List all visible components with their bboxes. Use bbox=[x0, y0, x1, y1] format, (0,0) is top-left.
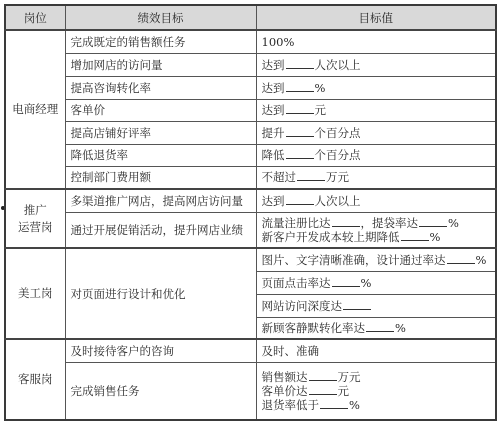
header-performance-goal: 绩效目标 bbox=[65, 5, 256, 30]
table-row: 提高咨询转化率 达到% bbox=[5, 76, 496, 99]
role-ecommerce-manager: 电商经理 bbox=[5, 30, 65, 189]
goal-cell: 控制部门费用额 bbox=[65, 166, 256, 189]
target-cell: 销售额达万元 客单价达元 退货率低于% bbox=[256, 362, 496, 420]
fill-blank[interactable] bbox=[286, 103, 314, 114]
fill-blank[interactable] bbox=[309, 384, 337, 395]
goal-cell: 完成既定的销售额任务 bbox=[65, 30, 256, 53]
fill-blank[interactable] bbox=[447, 253, 475, 264]
fill-blank[interactable] bbox=[332, 276, 360, 287]
fill-blank[interactable] bbox=[297, 170, 325, 181]
performance-goals-table: 岗位 绩效目标 目标值 电商经理 完成既定的销售额任务 100% 增加网店的访问… bbox=[4, 4, 497, 421]
target-line: 新客户开发成本较上期降低% bbox=[262, 230, 496, 244]
target-cell: 图片、文字清晰准确，设计通过率达% bbox=[256, 248, 496, 271]
target-cell: 页面点击率达% bbox=[256, 271, 496, 294]
goal-cell: 提高店铺好评率 bbox=[65, 121, 256, 144]
target-cell: 达到% bbox=[256, 76, 496, 99]
goal-cell: 提高咨询转化率 bbox=[65, 76, 256, 99]
goal-cell: 降低退货率 bbox=[65, 144, 256, 166]
role-customer-service: 客服岗 bbox=[5, 339, 65, 420]
goal-cell: 通过开展促销活动，提升网店业绩 bbox=[65, 212, 256, 248]
fill-blank[interactable] bbox=[286, 58, 314, 69]
fill-blank[interactable] bbox=[286, 194, 314, 205]
target-cell: 网站访问深度达 bbox=[256, 294, 496, 317]
goal-cell: 及时接待客户的咨询 bbox=[65, 339, 256, 362]
role-promotion-operations: 推广 运营岗 bbox=[5, 189, 65, 248]
fill-blank[interactable] bbox=[286, 81, 314, 92]
fill-blank[interactable] bbox=[401, 230, 429, 241]
table-row: 推广 运营岗 多渠道推广网店，提高网店访问量 达到人次以上 bbox=[5, 189, 496, 212]
target-line: 退货率低于% bbox=[262, 398, 496, 412]
table-row: 提高店铺好评率 提升个百分点 bbox=[5, 121, 496, 144]
table-row: 降低退货率 降低个百分点 bbox=[5, 144, 496, 166]
target-line: 销售额达万元 bbox=[262, 370, 496, 384]
table-row: 客服岗 及时接待客户的咨询 及时、准确 bbox=[5, 339, 496, 362]
header-row: 岗位 绩效目标 目标值 bbox=[5, 5, 496, 30]
target-cell: 达到元 bbox=[256, 99, 496, 121]
target-cell: 不超过万元 bbox=[256, 166, 496, 189]
header-position: 岗位 bbox=[5, 5, 65, 30]
fill-blank[interactable] bbox=[286, 148, 314, 159]
target-cell: 及时、准确 bbox=[256, 339, 496, 362]
fill-blank[interactable] bbox=[419, 216, 447, 227]
goal-cell: 完成销售任务 bbox=[65, 362, 256, 420]
goal-cell: 对页面进行设计和优化 bbox=[65, 248, 256, 339]
table-row: 通过开展促销活动，提升网店业绩 流量注册比达，提袋率达% 新客户开发成本较上期降… bbox=[5, 212, 496, 248]
table-row: 电商经理 完成既定的销售额任务 100% bbox=[5, 30, 496, 53]
target-cell: 流量注册比达，提袋率达% 新客户开发成本较上期降低% bbox=[256, 212, 496, 248]
table-row: 增加网店的访问量 达到人次以上 bbox=[5, 53, 496, 76]
goal-cell: 增加网店的访问量 bbox=[65, 53, 256, 76]
fill-blank[interactable] bbox=[332, 216, 360, 227]
header-target-value: 目标值 bbox=[256, 5, 496, 30]
table-row: 控制部门费用额 不超过万元 bbox=[5, 166, 496, 189]
target-cell: 新顾客静默转化率达% bbox=[256, 317, 496, 339]
fill-blank[interactable] bbox=[286, 126, 314, 137]
table-row: 完成销售任务 销售额达万元 客单价达元 退货率低于% bbox=[5, 362, 496, 420]
target-line: 客单价达元 bbox=[262, 384, 496, 398]
target-cell: 提升个百分点 bbox=[256, 121, 496, 144]
target-cell: 达到人次以上 bbox=[256, 53, 496, 76]
fill-blank[interactable] bbox=[309, 370, 337, 381]
fill-blank[interactable] bbox=[366, 321, 394, 332]
table-row: 客单价 达到元 bbox=[5, 99, 496, 121]
target-line: 流量注册比达，提袋率达% bbox=[262, 216, 496, 230]
role-art-designer: 美工岗 bbox=[5, 248, 65, 339]
target-cell: 达到人次以上 bbox=[256, 189, 496, 212]
fill-blank[interactable] bbox=[343, 299, 371, 310]
goal-cell: 客单价 bbox=[65, 99, 256, 121]
fill-blank[interactable] bbox=[320, 398, 348, 409]
table-row: 美工岗 对页面进行设计和优化 图片、文字清晰准确，设计通过率达% bbox=[5, 248, 496, 271]
goal-cell: 多渠道推广网店，提高网店访问量 bbox=[65, 189, 256, 212]
target-cell: 100% bbox=[256, 30, 496, 53]
target-cell: 降低个百分点 bbox=[256, 144, 496, 166]
